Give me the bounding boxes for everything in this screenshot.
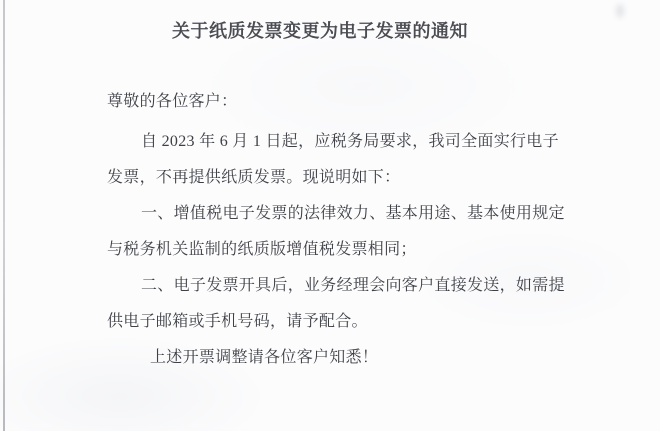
closing-line: 上述开票调整请各位客户知悉！ xyxy=(107,340,620,376)
scan-artifact xyxy=(616,4,624,18)
body-line: 自 2023 年 6 月 1 日起，应税务局要求，我司全面实行电子 xyxy=(107,124,620,160)
body-line: 一、增值税电子发票的法律效力、基本用途、基本使用规定 xyxy=(107,196,620,232)
scanned-notice-page: 关于纸质发票变更为电子发票的通知 尊敬的各位客户： 自 2023 年 6 月 1… xyxy=(0,0,660,431)
body-line: 发票，不再提供纸质发票。现说明如下： xyxy=(107,160,620,196)
salutation-line: 尊敬的各位客户： xyxy=(107,84,620,120)
body-line: 与税务机关监制的纸质版增值税发票相同； xyxy=(107,232,620,268)
page-edge-scan-line xyxy=(3,0,5,431)
notice-body: 尊敬的各位客户： 自 2023 年 6 月 1 日起，应税务局要求，我司全面实行… xyxy=(107,84,620,376)
body-line: 二、电子发票开具后，业务经理会向客户直接发送，如需提 xyxy=(107,268,620,304)
notice-title: 关于纸质发票变更为电子发票的通知 xyxy=(0,17,640,43)
body-line: 供电子邮箱或手机号码，请予配合。 xyxy=(107,304,620,340)
